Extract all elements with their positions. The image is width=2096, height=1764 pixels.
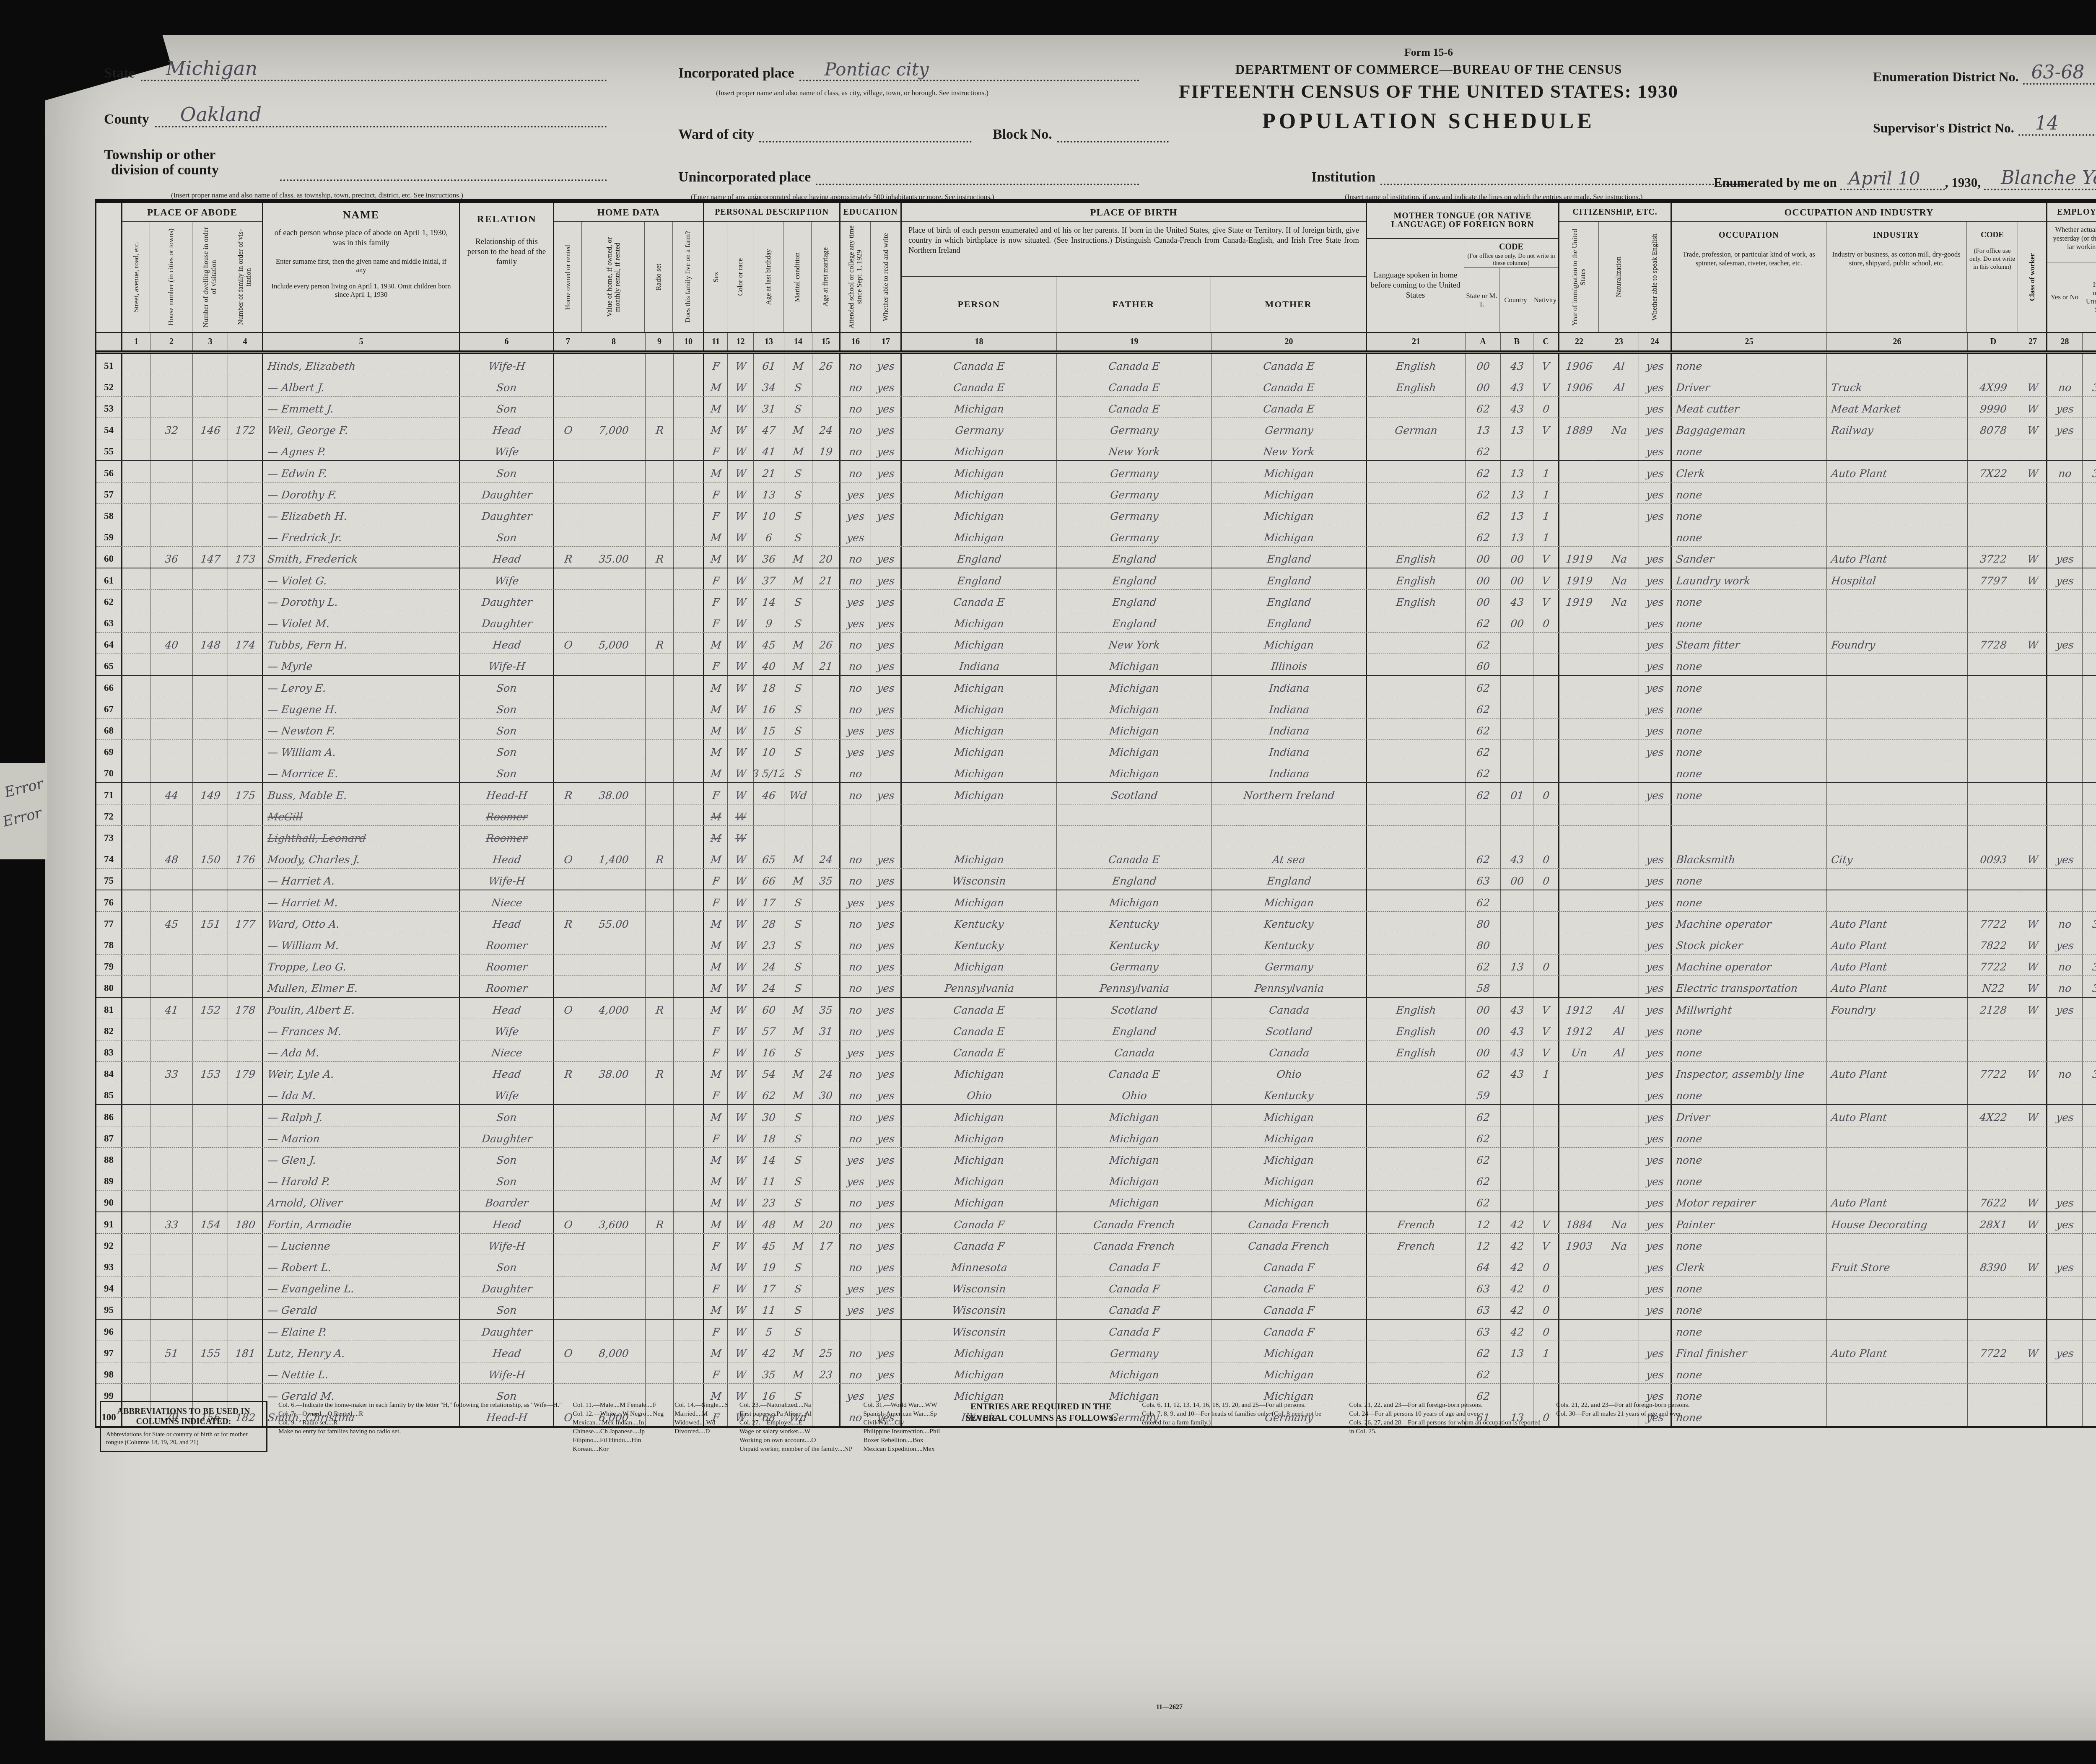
cell: 5 [754,1320,784,1341]
cell: yes [1639,461,1672,482]
cell: no [840,375,871,396]
department-line: DEPARTMENT OF COMMERCE—BUREAU OF THE CEN… [1022,62,1835,77]
cell: 30 [812,1083,840,1104]
cell [1367,1126,1466,1147]
cell: W [728,418,754,439]
cell: W [728,1126,754,1147]
entries-required-box: ENTRIES ARE REQUIRED IN THE SEVERAL COLU… [951,1401,1131,1424]
cell: yes [1639,697,1672,718]
cell: Roomer [460,955,554,975]
cell [554,1148,582,1169]
cell [1968,1019,2019,1040]
cell: 63 [1466,1276,1501,1297]
cell: Roomer [460,826,554,847]
cell: — Ralph J. [263,1105,460,1126]
cell: Michigan [902,719,1057,739]
cell: Motor repairer [1672,1191,1827,1211]
cell [1639,761,1672,782]
cell: 51 [96,354,122,375]
cell: 33 [150,1212,193,1233]
cell [646,375,674,396]
cell [1827,826,1968,847]
cell: yes [871,375,902,396]
cell [554,1320,582,1341]
cell: Germany [1057,461,1212,482]
col-number: 23 [1599,333,1639,350]
cell: 174 [228,633,263,654]
cell: 86 [96,1105,122,1126]
cell [122,483,150,503]
cell: 62 [1466,847,1501,868]
cell [1559,397,1599,418]
cell: W [2019,547,2047,568]
cell: 62 [1466,504,1501,525]
cell [228,955,263,975]
cell [2083,1169,2096,1190]
cell [674,998,704,1019]
cell: 19 [812,439,840,460]
cell [122,1083,150,1104]
cell [812,912,840,933]
cell: Arnold, Oliver [263,1191,460,1211]
footnote-block: Col. 14.—Single....SMarried....MWidowed.… [674,1401,729,1454]
cell [1599,504,1639,525]
cell: 90 [96,1191,122,1211]
cell [1367,397,1466,418]
cell: Canada French [1212,1234,1367,1255]
cell: 21 [812,654,840,675]
cell: yes [871,418,902,439]
cell: City [1827,847,1968,868]
cell: 94 [96,1276,122,1297]
cell: Michigan [902,461,1057,482]
cell: yes [1639,1019,1672,1040]
cell [554,1169,582,1190]
entries-col3: Cols. 21, 22, and 23—For all foreign-bor… [1556,1401,1753,1419]
cell: yes [1639,504,1672,525]
col-number [96,333,122,350]
cell [1559,461,1599,482]
cell [582,654,646,675]
cell [1599,890,1639,911]
cell: Illinois [1212,654,1367,675]
cell: 64 [1466,1255,1501,1276]
cell [554,568,582,589]
cell [1599,697,1639,718]
cell [2083,1191,2096,1211]
cell: S [784,697,812,718]
cell: 82 [96,1019,122,1040]
cell: Canada E [1057,375,1212,396]
cell: none [1672,1083,1827,1104]
cell: 38.00 [582,783,646,804]
cell [812,397,840,418]
cell [1827,869,1968,890]
cell [2083,354,2096,375]
cell [1533,719,1559,739]
table-row: 73Lighthall, LeonardRoomerMW73 [96,826,2096,847]
cell [150,890,193,911]
cell: 12 [1466,1234,1501,1255]
col-number: 28 [2047,333,2083,350]
cell: R [646,847,674,868]
cell [812,1191,840,1211]
cell: W [728,1040,754,1061]
cell: 59 [96,525,122,546]
col-number: 26 [1827,333,1968,350]
cell: Michigan [902,783,1057,804]
cell [2019,697,2047,718]
cell: yes [1639,611,1672,632]
cell [193,590,228,611]
cell [228,354,263,375]
cell [1559,1169,1599,1190]
cell: no [2047,912,2083,933]
cell: 0093 [1968,847,2019,868]
cell: — Harold P. [263,1169,460,1190]
cell [646,354,674,375]
cell: 43 [1501,1062,1533,1083]
cell: — Evangeline L. [263,1276,460,1297]
cell [1599,1083,1639,1104]
cell [1968,1083,2019,1104]
cell: 1 [1533,483,1559,503]
cell: W [2019,418,2047,439]
cell: 44 [150,783,193,804]
cell: Daughter [460,1320,554,1341]
cell [2083,826,2096,847]
cell [582,1255,646,1276]
cell: Germany [1212,955,1367,975]
cell [2047,719,2083,739]
cell: Canada [1212,1040,1367,1061]
cell [646,1234,674,1255]
cell [674,976,704,997]
cell: Canada E [1212,354,1367,375]
cell: 57 [96,483,122,503]
cell: 31 [754,397,784,418]
cell: 31 [812,1019,840,1040]
cell [2083,439,2096,460]
cell [902,826,1057,847]
cell: — Robert L. [263,1255,460,1276]
cell [122,525,150,546]
cell: 24 [754,976,784,997]
cell: M [704,998,728,1019]
cell [674,1040,704,1061]
cell [193,1105,228,1126]
cell [646,933,674,954]
cell: Son [460,1105,554,1126]
cell [1827,1362,1968,1383]
cell: 3,600 [582,1212,646,1233]
cell: yes [1639,1105,1672,1126]
cell [228,1362,263,1383]
enumeration-district-label: Enumeration District No. [1873,69,2019,85]
cell [1367,847,1466,868]
table-row: 61— Violet G.WifeFW37M21noyesEnglandEngl… [96,568,2096,590]
cell: Meat cutter [1672,397,1827,418]
cell: no [2047,955,2083,975]
cell [228,740,263,761]
cell: Troppe, Leo G. [263,955,460,975]
cell: Smith, Frederick [263,547,460,568]
cell: Son [460,397,554,418]
col-number: 20 [1212,333,1367,350]
cell [122,826,150,847]
cell [1672,826,1827,847]
cell [122,590,150,611]
cell [674,847,704,868]
cell: Canada E [1212,397,1367,418]
cell: yes [871,439,902,460]
cell [812,375,840,396]
cell: Germany [1212,418,1367,439]
cell: Michigan [1057,740,1212,761]
cell [2047,1234,2083,1255]
cell: no [840,397,871,418]
cell: 48 [150,847,193,868]
cell [871,804,902,825]
cell [2047,1019,2083,1040]
cell: no [2047,461,2083,482]
footnote-block: Col. 11.—Male....M Female....FCol. 12.—W… [573,1401,664,1454]
cell [582,697,646,718]
cell [812,783,840,804]
cell [122,719,150,739]
cell [554,933,582,954]
cell: 12 [1466,1212,1501,1233]
cell: 78 [96,933,122,954]
cell: Son [460,1169,554,1190]
cell: Electric transportation [1672,976,1827,997]
col-number: 19 [1057,333,1212,350]
cell [812,976,840,997]
cell [582,826,646,847]
cell [2083,525,2096,546]
cell: no [840,1341,871,1362]
cell: 1 [1533,504,1559,525]
cell [1501,933,1533,954]
cell: Kentucky [1057,933,1212,954]
cell [228,1148,263,1169]
cell: Daughter [460,1126,554,1147]
cell [1559,611,1599,632]
relation-header: RELATION Relationship of this person to … [460,203,554,332]
cell [1968,1298,2019,1319]
cell [1599,611,1639,632]
cell: Michigan [1212,1341,1367,1362]
cell [582,1191,646,1211]
cell [1559,1148,1599,1169]
cell: yes [1639,1212,1672,1233]
cell: yes [840,740,871,761]
cell [2083,1320,2096,1341]
cell: Machine operator [1672,955,1827,975]
table-row: 80Mullen, Elmer E.RoomerMW24SnoyesPennsy… [96,976,2096,998]
cell [812,761,840,782]
cell: M [704,633,728,654]
cell: M [784,418,812,439]
cell: 15 [754,719,784,739]
cell [1968,783,2019,804]
cell: Al [1599,998,1639,1019]
cell: Michigan [1212,483,1367,503]
township-line [280,161,607,181]
cell: 80 [1466,912,1501,933]
cell [646,525,674,546]
cell: S [784,761,812,782]
cell: S [784,1191,812,1211]
cell: Truck [1827,375,1968,396]
cell: 61 [754,354,784,375]
schedule-title: POPULATION SCHEDULE [1022,109,1835,134]
cell [674,719,704,739]
cell [2083,547,2096,568]
cell: yes [840,504,871,525]
cell: 43 [1501,1019,1533,1040]
cell [812,955,840,975]
cell: 70 [96,761,122,782]
cell [193,1362,228,1383]
cell [1599,976,1639,997]
col-number: 1 [122,333,150,350]
cell: English [1367,354,1466,375]
cell: M [704,1255,728,1276]
cell: Kentucky [1212,1083,1367,1104]
cell: Blacksmith [1672,847,1827,868]
cell: Canada E [902,590,1057,611]
cell [228,504,263,525]
cell: W [728,547,754,568]
cell [2047,804,2083,825]
cell: yes [871,976,902,997]
cell: Michigan [1057,1191,1212,1211]
ward-field: Ward of city [678,122,972,143]
cell: 147 [193,547,228,568]
cell [193,1276,228,1297]
table-row: 7144149175Buss, Mable E.Head-HR38.00FW46… [96,783,2096,804]
cell [674,418,704,439]
cell [193,955,228,975]
cell: O [554,1212,582,1233]
cell: no [840,1105,871,1126]
cell [150,740,193,761]
cell: yes [2047,1212,2083,1233]
cell: Michigan [902,611,1057,632]
cell [122,1298,150,1319]
cell: none [1672,1276,1827,1297]
cell [150,375,193,396]
cell: S [784,461,812,482]
cell [2047,1126,2083,1147]
table-row: 75— Harriet A.Wife-HFW66M35noyesWisconsi… [96,869,2096,890]
cell: 80 [96,976,122,997]
cell [122,1105,150,1126]
cell [1599,1341,1639,1362]
cell [2083,1019,2096,1040]
cell: R [554,783,582,804]
cell [1367,933,1466,954]
cell: yes [871,633,902,654]
cell: W [728,633,754,654]
home-data-group: HOME DATA Home owned or rented Value of … [554,203,704,332]
cell: none [1672,1169,1827,1190]
cell: 43 [1501,354,1533,375]
cell [2083,654,2096,675]
cell: 42 [1501,1212,1533,1233]
cell [646,1083,674,1104]
cell: O [554,847,582,868]
cell: 1906 [1559,375,1599,396]
cell [228,611,263,632]
cell: none [1672,869,1827,890]
cell: 17 [754,1276,784,1297]
cell [1599,912,1639,933]
cell [1501,676,1533,697]
cell [1968,761,2019,782]
cell: no [840,1212,871,1233]
cell [1827,504,1968,525]
cell: French [1367,1234,1466,1255]
cell: none [1672,890,1827,911]
col-number: 5 [263,333,460,350]
cell [228,397,263,418]
cell: 62 [1466,439,1501,460]
enumerator-name: Blanche Young [2001,167,2096,189]
cell [2047,1083,2083,1104]
cell: 35-2B [2083,976,2096,997]
cell [150,955,193,975]
cell [582,1320,646,1341]
cell [1367,676,1466,697]
cell: Michigan [902,955,1057,975]
cell: no [840,633,871,654]
cell [2019,611,2047,632]
cell [582,439,646,460]
cell: Canada F [1212,1255,1367,1276]
cell [2019,1234,2047,1255]
cell: 00 [1501,869,1533,890]
cell: F [704,1362,728,1383]
cell: 01 [1501,783,1533,804]
cell: Michigan [1057,1105,1212,1126]
cell [1367,633,1466,654]
cell [193,354,228,375]
cell: Son [460,461,554,482]
cell [1501,976,1533,997]
cell: none [1672,740,1827,761]
cell: M [704,761,728,782]
name-header: NAME of each person whose place of abode… [263,203,460,332]
cell: — Agnes P. [263,439,460,460]
cell: F [704,1019,728,1040]
cell: Michigan [902,761,1057,782]
cell: 13 [1501,461,1533,482]
cell: Son [460,676,554,697]
cell: yes [1639,676,1672,697]
cell: Mullen, Elmer E. [263,976,460,997]
cell [554,525,582,546]
cell: Ohio [1212,1062,1367,1083]
cell [1559,740,1599,761]
cell: Canada F [1057,1298,1212,1319]
cell [1559,633,1599,654]
table-row: 85— Ida M.WifeFW62M30noyesOhioOhioKentuc… [96,1083,2096,1105]
cell: — Myrle [263,654,460,675]
cell: — Violet G. [263,568,460,589]
table-row: 70— Morrice E.SonMW3 5/12SnoMichiganMich… [96,761,2096,783]
